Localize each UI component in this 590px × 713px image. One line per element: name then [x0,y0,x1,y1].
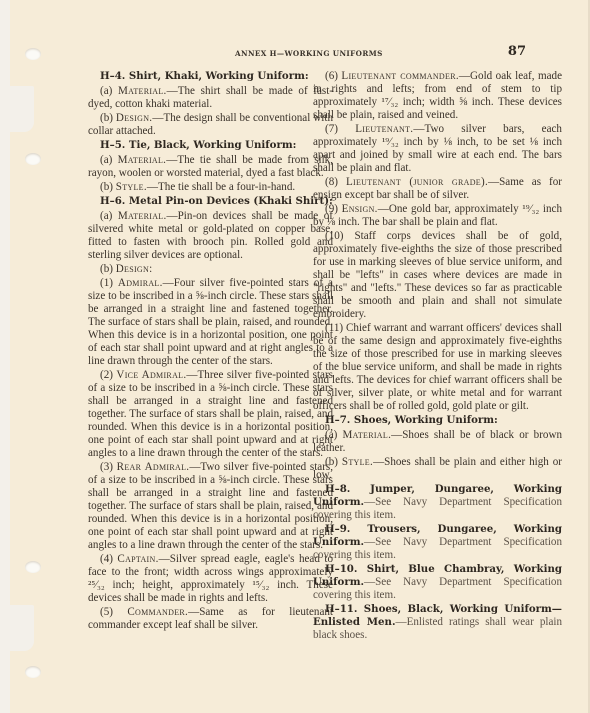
paragraph-item-3: (3) Rear Admiral.—Two silver five-pointe… [88,461,333,552]
paragraph-item-4: (4) Captain.—Silver spread eagle, eagle'… [88,553,333,605]
paragraph-item-6: (6) Lieutenant commander.—Gold oak leaf,… [313,70,562,122]
binder-hole-icon [25,48,41,60]
paragraph-item-10: (10) Staff corps devices shall be of gol… [313,230,562,321]
document-page: ANNEX H—WORKING UNIFORMS 87 H–4. Shirt, … [10,0,590,713]
tab-notch [10,605,34,651]
section-h9: H–9. Trousers, Dungaree, Working Uniform… [313,523,562,562]
running-head: ANNEX H—WORKING UNIFORMS [235,49,536,58]
paragraph-h5-b: (b) Style.—The tie shall be a four-in-ha… [88,181,333,194]
section-heading-h6: H–6. Metal Pin-on Devices (Khaki Shirt): [88,195,333,208]
section-h8: H–8. Jumper, Dungaree, Working Uniform.—… [313,483,562,522]
tab-notch [10,86,34,132]
binder-hole-icon [25,666,41,678]
paragraph-item-2: (2) Vice Admiral.—Three silver five-poin… [88,369,333,460]
section-h11: H–11. Shoes, Black, Working Uniform—Enli… [313,603,562,642]
left-column: H–4. Shirt, Khaki, Working Uniform: (a) … [88,70,333,633]
binder-hole-icon [25,561,41,573]
paragraph-h4-b: (b) Design.—The design shall be conventi… [88,112,333,138]
page-number: 87 [508,44,526,59]
binder-hole-icon [25,153,41,165]
section-heading-h5: H–5. Tie, Black, Working Uniform: [88,139,333,152]
paragraph-item-9: (9) Ensign.—One gold bar, approximately … [313,203,562,229]
paragraph-h6-a: (a) Material.—Pin-on devices shall be ma… [88,210,333,262]
paragraph-item-5: (5) Commander.—Same as for lieutenant co… [88,606,333,632]
paragraph-h7-a: (a) Material.—Shoes shall be of black or… [313,429,562,455]
right-column: (6) Lieutenant commander.—Gold oak leaf,… [313,70,562,643]
paragraph-h7-b: (b) Style.—Shoes shall be plain and eith… [313,456,562,482]
paragraph-item-1: (1) Admiral.—Four silver five-pointed st… [88,277,333,368]
section-heading-h7: H–7. Shoes, Working Uniform: [313,414,562,427]
paragraph-h6-b: (b) Design: [88,263,333,276]
paragraph-item-7: (7) Lieutenant.—Two silver bars, each ap… [313,123,562,175]
section-heading-h4: H–4. Shirt, Khaki, Working Uniform: [88,70,333,83]
paragraph-h5-a: (a) Material.—The tie shall be made from… [88,154,333,180]
paragraph-item-8: (8) Lieutenant (junior grade).—Same as f… [313,176,562,202]
paragraph-item-11: (11) Chief warrant and warrant officers'… [313,322,562,413]
section-h10: H–10. Shirt, Blue Chambray, Working Unif… [313,563,562,602]
paragraph-h4-a: (a) Material.—The shirt shall be made of… [88,85,333,111]
